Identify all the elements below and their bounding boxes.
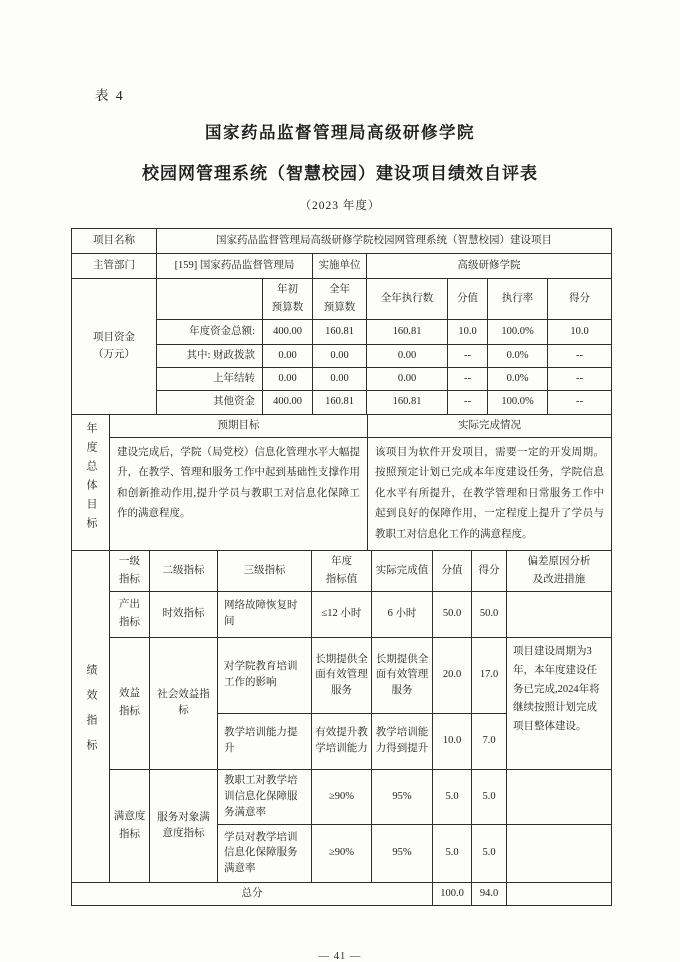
funding-weight: 10.0 <box>448 319 488 344</box>
header-deviation: 偏差原因分析 及改进措施 <box>507 551 612 592</box>
funding-header-score: 得分 <box>548 279 612 320</box>
funding-annual: 0.00 <box>313 344 367 367</box>
header-line: 一级 <box>113 553 146 571</box>
deviation-empty <box>507 591 612 637</box>
level2-social-benefit: 社会效益指标 <box>150 637 218 769</box>
actual-result-header: 实际完成情况 <box>368 414 612 437</box>
funding-exec: 160.81 <box>367 319 448 344</box>
funding-weight: -- <box>448 367 488 390</box>
funding-rate: 100.0% <box>488 319 548 344</box>
level3-teaching-ability: 教学培训能力提升 <box>218 713 312 769</box>
score-value: 7.0 <box>472 713 507 769</box>
indicator-row-benefit-1: 效益 指标 社会效益指标 对学院教育培训工作的影响 长期提供全面有效管理服务 长… <box>72 637 612 713</box>
label-line: 产出 <box>113 596 146 614</box>
funding-rate: 0.0% <box>488 344 548 367</box>
document-title-organization: 国家药品监督管理局高级研修学院 <box>0 119 680 143</box>
annual-goal-vertical-text: 年度总体目标 <box>85 422 96 536</box>
dept-label: 主管部门 <box>72 254 157 279</box>
header-line: 指标 <box>113 571 146 589</box>
funding-header-rate: 执行率 <box>488 279 548 320</box>
total-score-row: 总分 100.0 94.0 <box>72 882 612 905</box>
funding-initial: 0.00 <box>263 344 313 367</box>
document-year: （2023 年度） <box>0 197 680 213</box>
document-title-main: 校园网管理系统（智慧校园）建设项目绩效自评表 <box>0 159 680 184</box>
header-actual-value: 实际完成值 <box>372 551 433 592</box>
header-line: 偏差原因分析 <box>510 553 608 571</box>
funding-rate: 100.0% <box>488 390 548 414</box>
score-value: 17.0 <box>472 637 507 713</box>
weight-value: 20.0 <box>433 637 472 713</box>
project-info-funding-table: 项目名称 国家药品监督管理局高级研修学院校园网管理系统（智慧校园）建设项目 主管… <box>71 228 612 415</box>
funding-header-weight: 分值 <box>448 279 488 320</box>
score-value: 5.0 <box>472 824 507 882</box>
deviation-empty <box>507 824 612 882</box>
header-line: 年初 <box>266 281 309 299</box>
total-weight: 100.0 <box>433 882 472 905</box>
expected-goal-header: 预期目标 <box>110 414 368 437</box>
header-level1: 一级 指标 <box>110 551 150 592</box>
deviation-empty <box>507 769 612 824</box>
header-line: 全年 <box>316 281 363 299</box>
level1-output: 产出 指标 <box>110 591 150 637</box>
evaluation-table: 项目名称 国家药品监督管理局高级研修学院校园网管理系统（智慧校园）建设项目 主管… <box>71 228 612 906</box>
indicators-vertical-text: 绩效指标 <box>85 664 96 764</box>
indicator-row-output: 产出 指标 时效指标 网络故障恢复时间 ≤12 小时 6 小时 50.0 50.… <box>72 591 612 637</box>
page-number: — 41 — <box>0 951 680 962</box>
annual-goal-table: 年度总体目标 预期目标 实际完成情况 建设完成后，学院（局党校）信息化管理水平大… <box>71 414 612 551</box>
label-line: 满意度 <box>113 808 146 826</box>
actual-value: 长期提供全面有效管理服务 <box>372 637 433 713</box>
header-line: 指标值 <box>315 571 368 589</box>
indicator-row-satisfaction-1: 满意度 指标 服务对象满意度指标 教职工对教学培训信息化保障服务满意率 ≥90%… <box>72 769 612 824</box>
project-name-label: 项目名称 <box>72 229 157 254</box>
header-line: 预算数 <box>266 299 309 317</box>
level1-satisfaction: 满意度 指标 <box>110 769 150 882</box>
level3-training-impact: 对学院教育培训工作的影响 <box>218 637 312 713</box>
funding-exec: 0.00 <box>367 367 448 390</box>
funding-annual: 160.81 <box>313 319 367 344</box>
target-value: 有效提升教学培训能力 <box>312 713 372 769</box>
header-level2: 二级指标 <box>150 551 218 592</box>
level1-benefit: 效益 指标 <box>110 637 150 769</box>
funding-exec: 0.00 <box>367 344 448 367</box>
header-weight: 分值 <box>433 551 472 592</box>
document-page: 表 4 国家药品监督管理局高级研修学院 校园网管理系统（智慧校园）建设项目绩效自… <box>0 0 680 962</box>
total-score: 94.0 <box>472 882 507 905</box>
weight-value: 50.0 <box>433 591 472 637</box>
label-line: 效益 <box>113 685 146 703</box>
funding-header-initial-budget: 年初 预算数 <box>263 279 313 320</box>
header-line: 年度 <box>315 553 368 571</box>
funding-annual: 160.81 <box>313 390 367 414</box>
funding-row-label: 上年结转 <box>157 367 263 390</box>
label-line: 指标 <box>113 703 146 721</box>
header-annual-target: 年度 指标值 <box>312 551 372 592</box>
actual-value: 教学培训能力得到提升 <box>372 713 433 769</box>
weight-value: 5.0 <box>433 769 472 824</box>
deviation-analysis-text: 项目建设周期为3年，本年度建设任务已完成,2024年将继续按照计划完成项目整体建… <box>507 637 612 769</box>
expected-goal-text: 建设完成后，学院（局党校）信息化管理水平大幅提升，在教学、管理和服务工作中起到基… <box>110 437 368 550</box>
funding-header-exec: 全年执行数 <box>367 279 448 320</box>
target-value: ≥90% <box>312 824 372 882</box>
label-line: 指标 <box>113 826 146 844</box>
funding-row-label: 其他资金 <box>157 390 263 414</box>
actual-value: 95% <box>372 769 433 824</box>
funding-row-label: 其中: 财政拨款 <box>157 344 263 367</box>
header-line: 及改进措施 <box>510 571 608 589</box>
funding-score: -- <box>548 390 612 414</box>
level2-timeliness: 时效指标 <box>150 591 218 637</box>
level3-staff-satisfaction: 教职工对教学培训信息化保障服务满意率 <box>218 769 312 824</box>
total-deviation-empty <box>507 882 612 905</box>
funding-rate: 0.0% <box>488 367 548 390</box>
funding-score: -- <box>548 344 612 367</box>
level3-student-satisfaction: 学员对教学培训信息化保障服务满意率 <box>218 824 312 882</box>
performance-indicators-table: 绩效指标 一级 指标 二级指标 三级指标 年度 指标值 实际完成值 分值 得分 … <box>71 550 612 906</box>
funding-row-label: 年度资金总额: <box>157 319 263 344</box>
dept-value: [159] 国家药品监督管理局 <box>157 254 313 279</box>
actual-value: 95% <box>372 824 433 882</box>
indicators-side-label: 绩效指标 <box>72 551 110 883</box>
weight-value: 5.0 <box>433 824 472 882</box>
funding-score: -- <box>548 367 612 390</box>
funding-weight: -- <box>448 390 488 414</box>
actual-value: 6 小时 <box>372 591 433 637</box>
funding-label-line1: 项目资金 <box>75 329 153 347</box>
funding-initial: 400.00 <box>263 390 313 414</box>
impl-unit-value: 高级研修学院 <box>367 254 612 279</box>
funding-weight: -- <box>448 344 488 367</box>
label-line: 指标 <box>113 614 146 632</box>
score-value: 5.0 <box>472 769 507 824</box>
funding-exec: 160.81 <box>367 390 448 414</box>
funding-initial: 0.00 <box>263 367 313 390</box>
funding-section-label: 项目资金 （万元） <box>72 279 157 415</box>
target-value: ≥90% <box>312 769 372 824</box>
total-label: 总分 <box>72 882 433 905</box>
impl-unit-label: 实施单位 <box>313 254 367 279</box>
actual-result-text: 该项目为软件开发项目，需要一定的开发周期。按照预定计划已完成本年度建设任务，学院… <box>368 437 612 550</box>
level3-network-recovery: 网络故障恢复时间 <box>218 591 312 637</box>
annual-goal-side-label: 年度总体目标 <box>72 414 110 550</box>
funding-label-line2: （万元） <box>75 346 153 364</box>
funding-header-blank <box>157 279 263 320</box>
table-number-label: 表 4 <box>95 84 680 104</box>
header-score: 得分 <box>472 551 507 592</box>
funding-initial: 400.00 <box>263 319 313 344</box>
project-name-value: 国家药品监督管理局高级研修学院校园网管理系统（智慧校园）建设项目 <box>157 229 612 254</box>
funding-annual: 0.00 <box>313 367 367 390</box>
target-value: 长期提供全面有效管理服务 <box>312 637 372 713</box>
header-level3: 三级指标 <box>218 551 312 592</box>
funding-header-annual-budget: 全年 预算数 <box>313 279 367 320</box>
score-value: 50.0 <box>472 591 507 637</box>
level2-service-satisfaction: 服务对象满意度指标 <box>150 769 218 882</box>
weight-value: 10.0 <box>433 713 472 769</box>
target-value: ≤12 小时 <box>312 591 372 637</box>
funding-score: 10.0 <box>548 319 612 344</box>
header-line: 预算数 <box>316 299 363 317</box>
